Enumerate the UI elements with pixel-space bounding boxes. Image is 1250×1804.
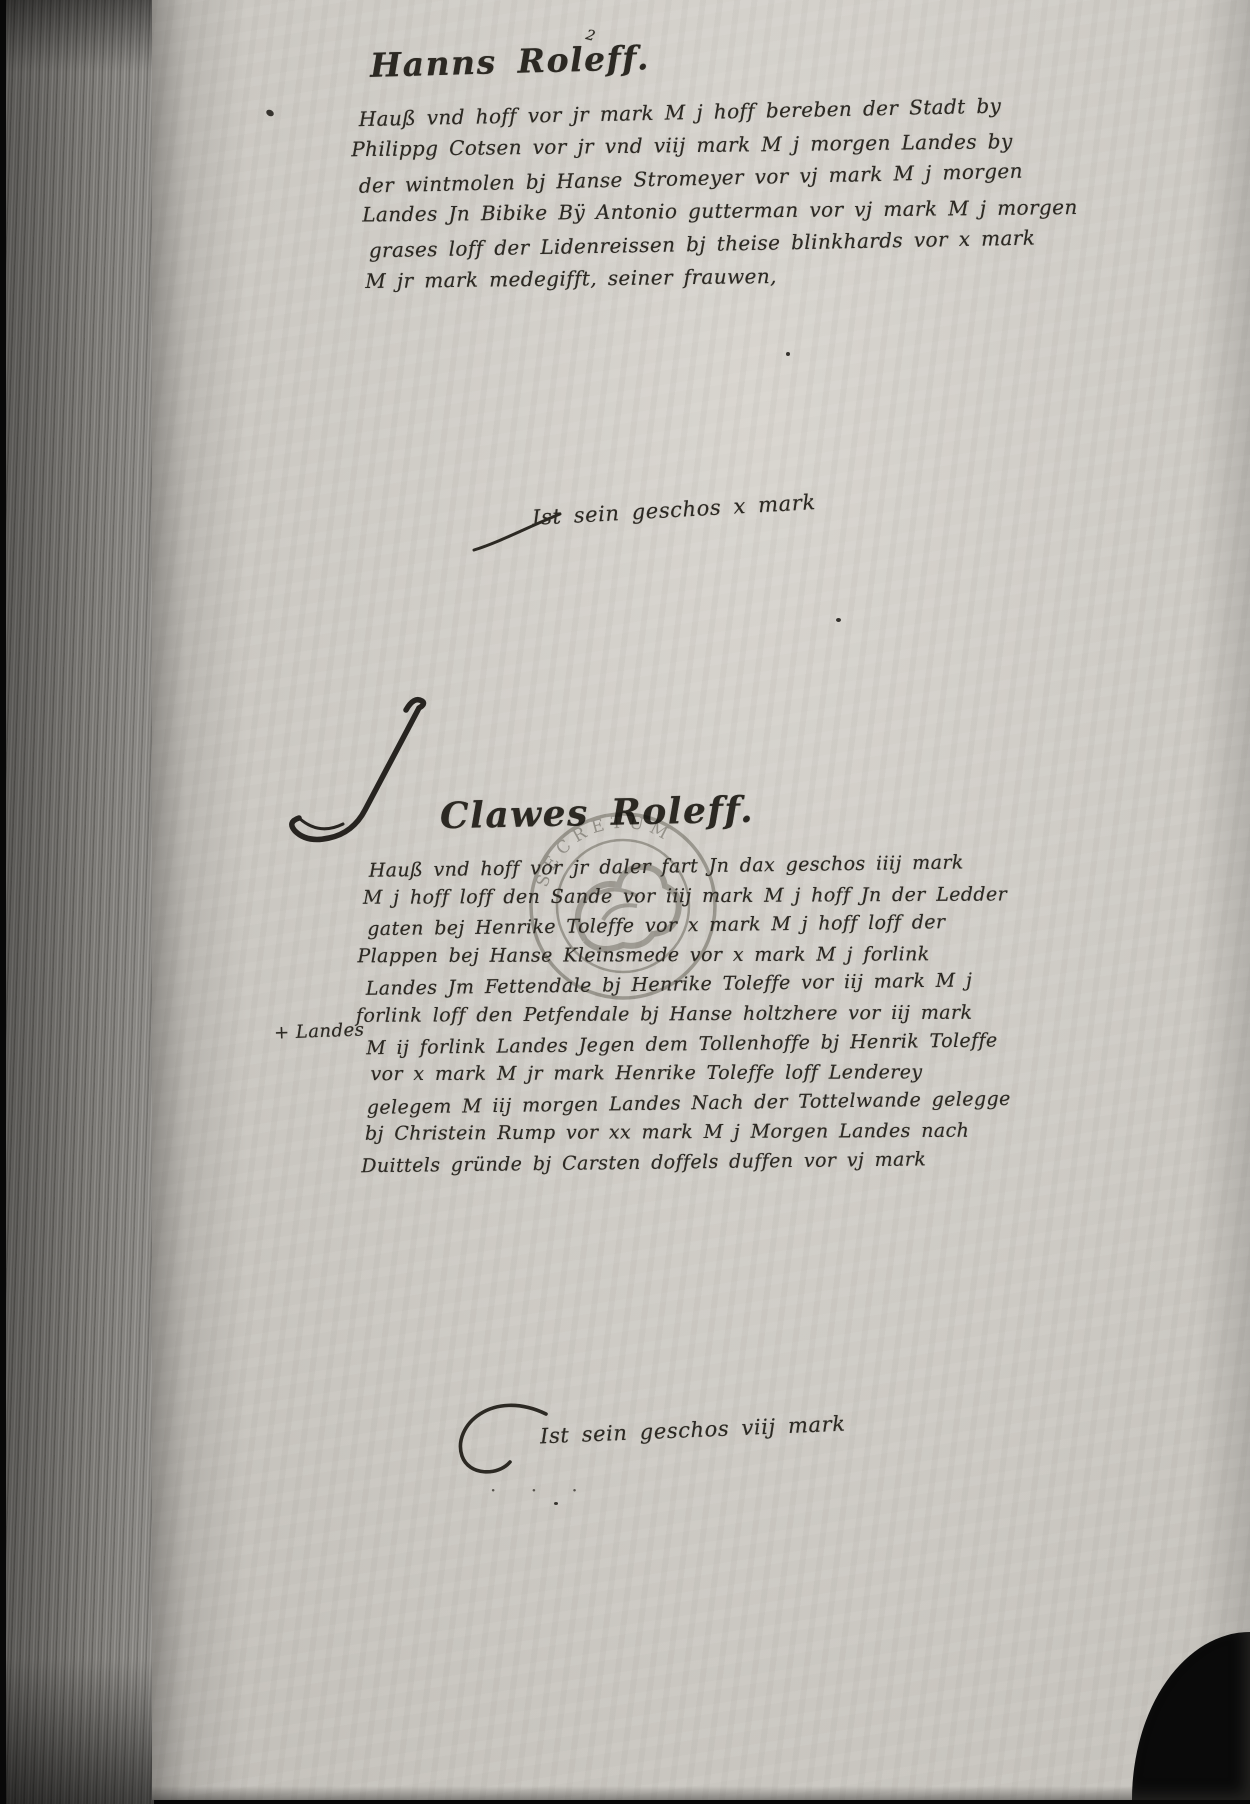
trailing-dots: · · · [490,1478,592,1502]
entry-body-hanns-roleff: Hauß vnd hoff vor jr mark M j hoff bereb… [350,91,1043,300]
book-scan: Hanns Roleff. 2 Hauß vnd hoff vor jr mar… [0,0,1250,1804]
initial-flourish-l [286,688,446,856]
page-corner-shadow [1132,1632,1250,1800]
ink-speck [786,352,790,356]
page-stack-edge [6,0,154,1804]
entry-body-clawes-roleff: Hauß vnd hoff vor jr daler fart Jn dax g… [363,849,1056,1181]
manuscript-line: Duittels gründe bj Carsten doffels duffe… [361,1144,1055,1182]
manuscript-page: Hanns Roleff. 2 Hauß vnd hoff vor jr mar… [152,0,1250,1800]
ink-speck [836,618,841,622]
margin-note-landes: + Landes [274,1019,365,1043]
entry-heading-hanns-roleff: Hanns Roleff. [370,38,651,85]
ink-speck [265,108,275,117]
manuscript-line: M jr mark medegifft, seiner frauwen, [365,257,1043,298]
ink-speck [554,1502,558,1505]
assessment-note-clawes: Ist sein geschos viij mark [540,1412,846,1449]
assessment-note-hanns: Ist sein geschos x mark [532,490,817,530]
